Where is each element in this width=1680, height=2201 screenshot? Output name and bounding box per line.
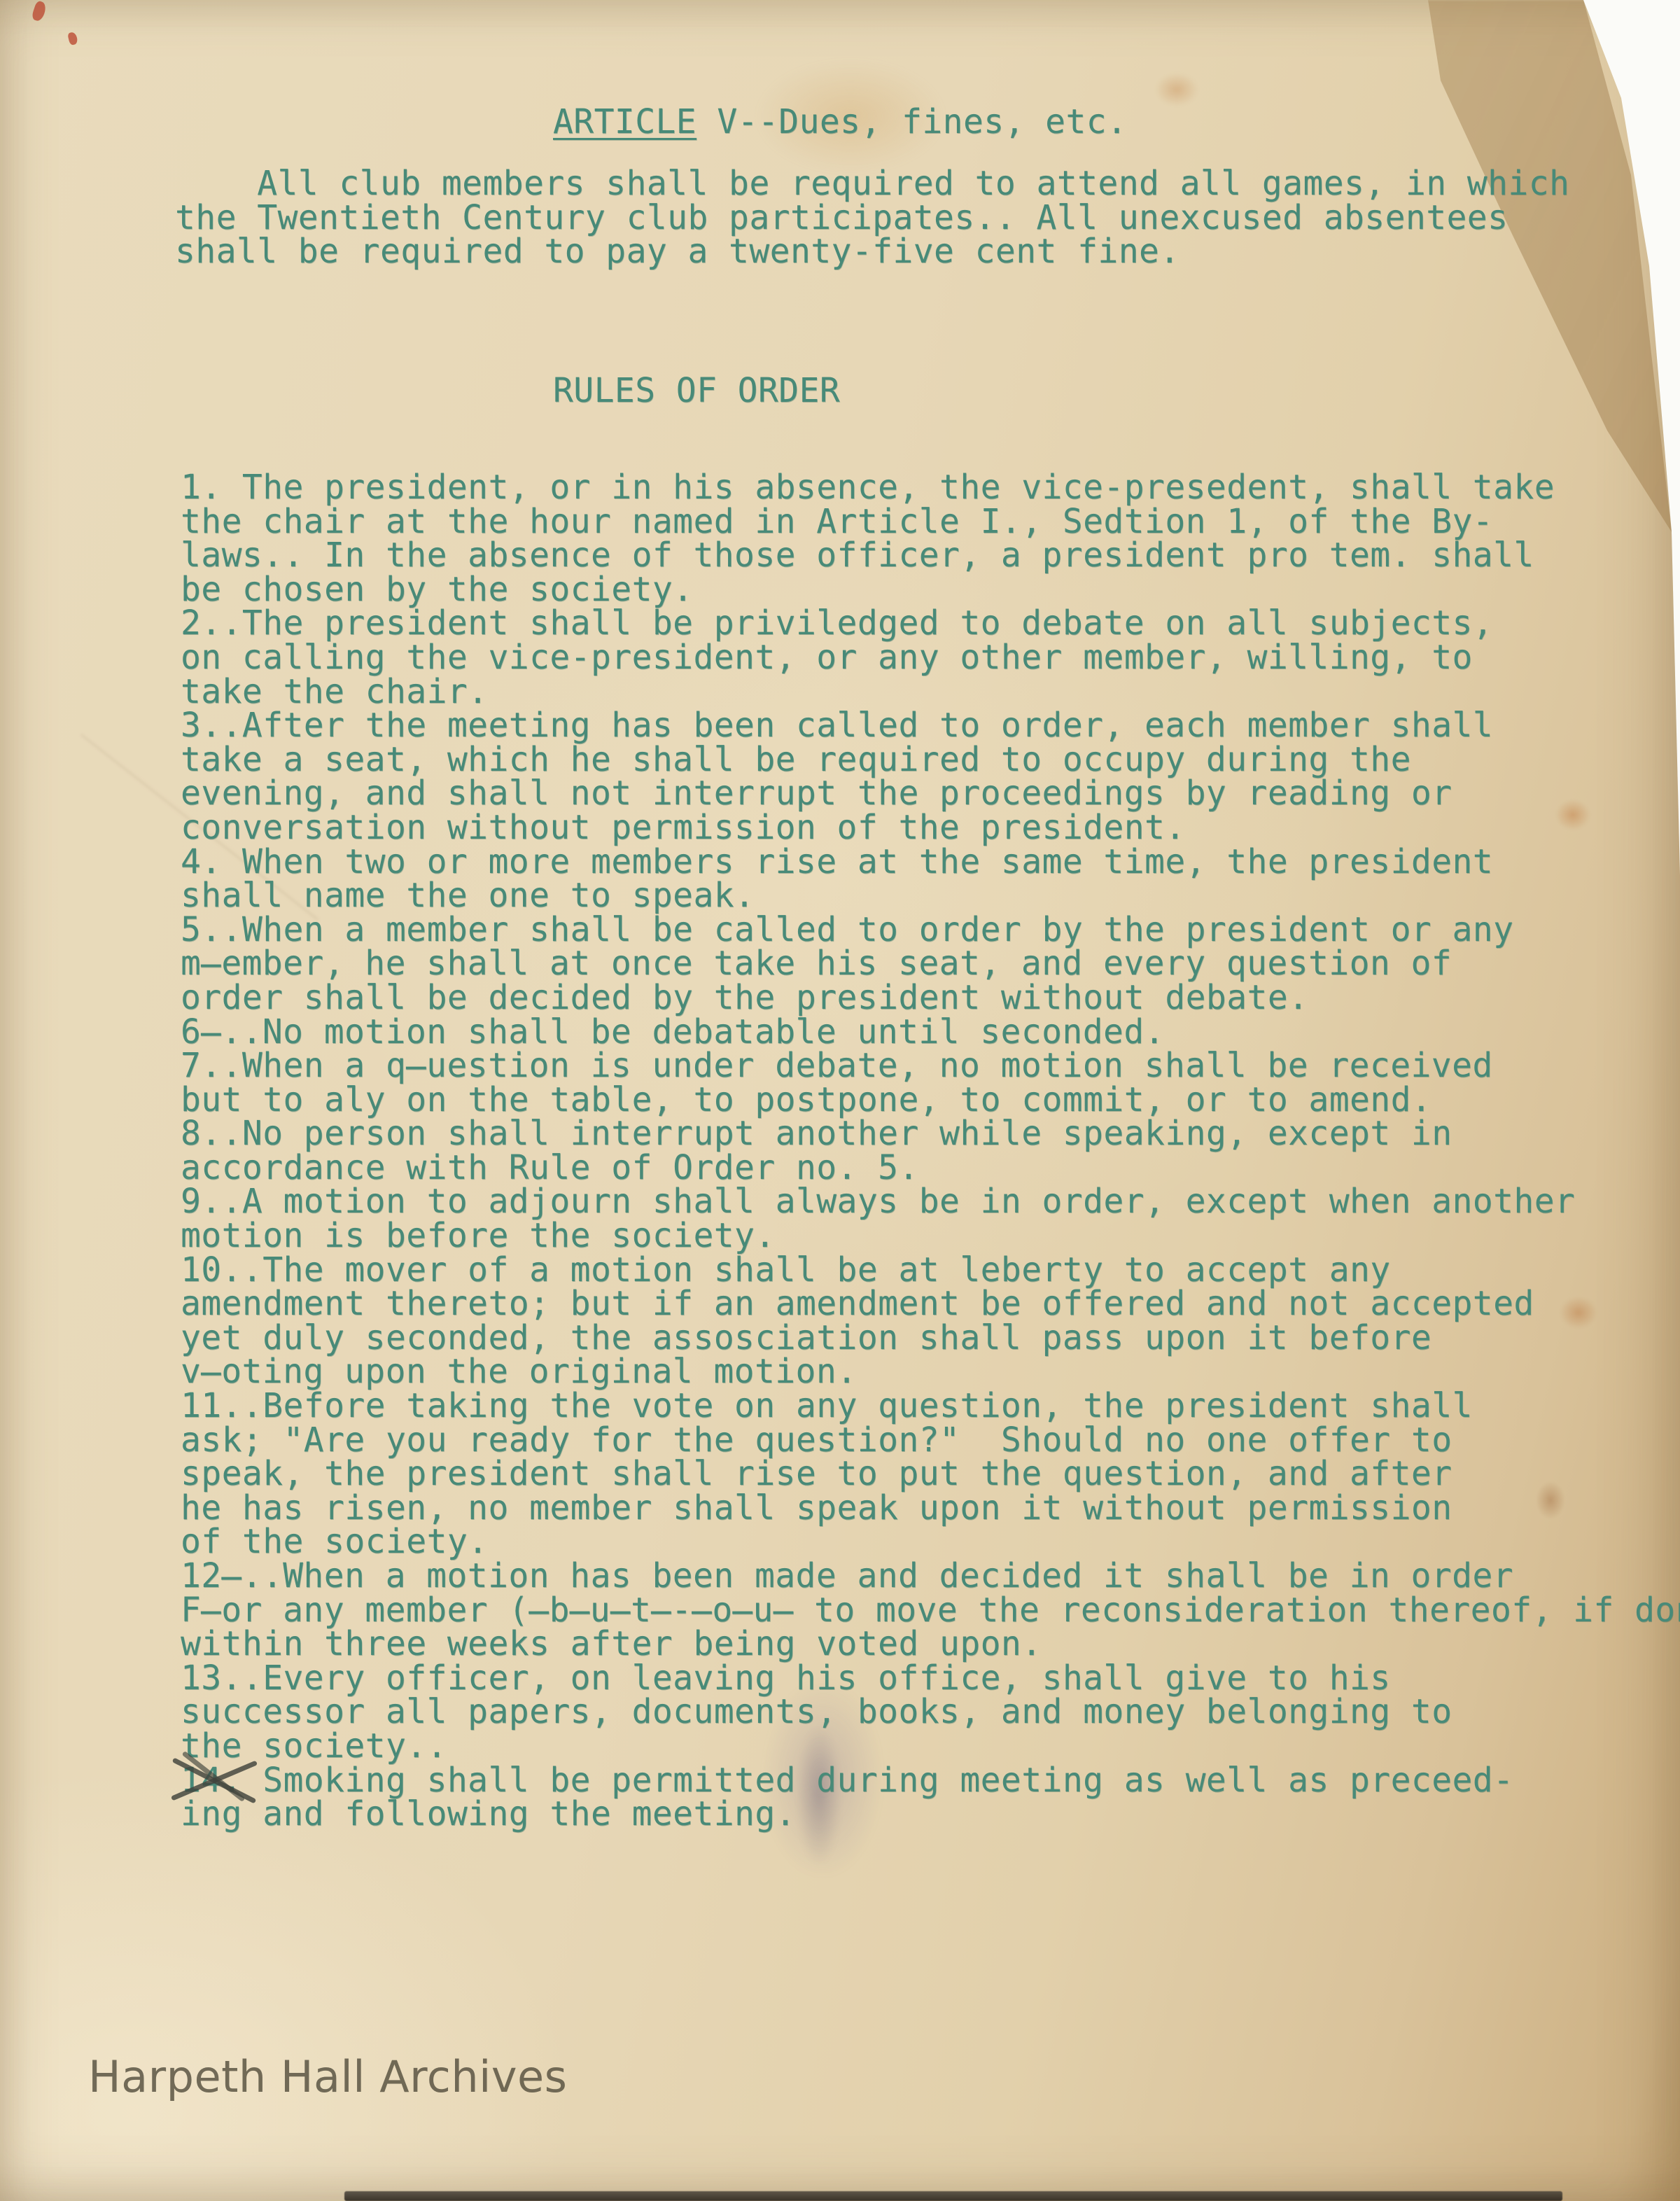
text-line: take the chair.	[181, 675, 1680, 709]
text-line: F̶or any member (̶b̶u̶t̶-̶o̶u̶ to move t…	[181, 1593, 1680, 1628]
text-line: 14. Smoking shall be permitted during me…	[181, 1763, 1680, 1798]
text-line: take a seat, which he shall be required …	[181, 743, 1680, 777]
text-line: 7..When a q̶uestion is under debate, no …	[181, 1049, 1680, 1083]
text-line: 5..When a member shall be called to orde…	[181, 913, 1680, 947]
text-line: successor all papers, documents, books, …	[181, 1695, 1680, 1729]
text-line: v̶oting upon the original motion.	[181, 1355, 1680, 1389]
text-line: on calling the vice-president, or any ot…	[181, 641, 1680, 675]
archive-watermark: Harpeth Hall Archives	[88, 2051, 567, 2102]
scan-edge-shadow	[344, 2191, 1562, 2201]
pencil-x-strikeout	[168, 1753, 266, 1809]
text-line: evening, and shall not interrupt the pro…	[181, 776, 1680, 811]
pencil-stroke	[182, 1751, 246, 1802]
title-rest: V--Dues, fines, etc.	[696, 102, 1127, 141]
text-line: laws.. In the absence of those officer, …	[181, 538, 1680, 573]
text-line: order shall be decided by the president …	[181, 981, 1680, 1015]
text-line: 6̶..No motion shall be debatable until s…	[181, 1015, 1680, 1049]
text-line: the Twentieth Century club participates.…	[175, 201, 1569, 235]
text-line: the chair at the hour named in Article I…	[181, 505, 1680, 539]
text-line: m̶ember, he shall at once take his seat,…	[181, 946, 1680, 981]
text-line: accordance with Rule of Order no. 5.	[181, 1151, 1680, 1185]
text-line: he has risen, no member shall speak upon…	[181, 1491, 1680, 1525]
text-line: motion is before the society.	[181, 1219, 1680, 1253]
document-title: ARTICLE V--Dues, fines, etc.	[553, 102, 1127, 141]
text-line: shall name the one to speak.	[181, 879, 1680, 913]
scanned-document-page: ARTICLE V--Dues, fines, etc. All club me…	[0, 0, 1680, 2201]
text-line: conversation without permission of the p…	[181, 811, 1680, 845]
section-heading: RULES OF ORDER	[553, 371, 840, 410]
text-line: shall be required to pay a twenty-five c…	[175, 235, 1569, 269]
text-line: 3..After the meeting has been called to …	[181, 708, 1680, 743]
text-line: 8..No person shall interrupt another whi…	[181, 1117, 1680, 1151]
text-line: 2..The president shall be priviledged to…	[181, 606, 1680, 641]
text-line: speak, the president shall rise to put t…	[181, 1457, 1680, 1491]
text-line: the society..	[181, 1729, 1680, 1763]
text-line: amendment thereto; but if an amendment b…	[181, 1287, 1680, 1321]
text-line: be chosen by the society.	[181, 573, 1680, 607]
text-line: yet duly seconded, the assosciation shal…	[181, 1321, 1680, 1355]
text-line: 11..Before taking the vote on any questi…	[181, 1389, 1680, 1423]
text-line: ask; "Are you ready for the question?" S…	[181, 1423, 1680, 1458]
text-line: of the society.	[181, 1525, 1680, 1559]
text-line: 12̶..When a motion has been made and dec…	[181, 1559, 1680, 1593]
text-line: 4. When two or more members rise at the …	[181, 845, 1680, 879]
text-line: ing and following the meeting.	[181, 1797, 1680, 1831]
text-line: but to aly on the table, to postpone, to…	[181, 1083, 1680, 1117]
text-line: All club members shall be required to at…	[175, 167, 1569, 201]
text-line: 9..A motion to adjourn shall always be i…	[181, 1185, 1680, 1219]
title-underlined-part: ARTICLE	[553, 102, 696, 141]
text-line: 10..The mover of a motion shall be at le…	[181, 1253, 1680, 1287]
rules-of-order-list: 1. The president, or in his absence, the…	[181, 470, 1680, 1831]
text-line: within three weeks after being voted upo…	[181, 1627, 1680, 1661]
text-line: 1. The president, or in his absence, the…	[181, 470, 1680, 505]
text-line: 13..Every officer, on leaving his office…	[181, 1661, 1680, 1696]
intro-paragraph: All club members shall be required to at…	[175, 167, 1569, 269]
